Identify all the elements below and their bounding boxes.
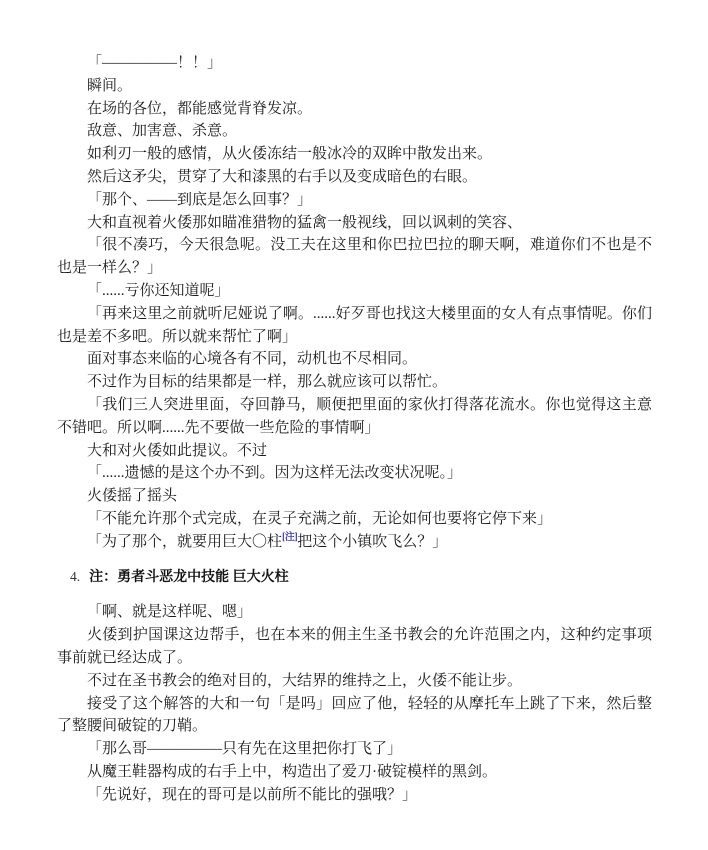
paragraph: 火倭摇了摇头	[57, 485, 652, 508]
footnote-ref-link[interactable]: [注]	[282, 532, 297, 543]
paragraph: 「再来这里之前就听尼娅说了啊。......好歹哥也找这大楼里面的女人有点事情呢。…	[57, 303, 652, 349]
paragraph: 「啊、就是这样呢、嗯」	[57, 601, 652, 624]
paragraph: 「我们三人突进里面，夺回静马，顺便把里面的家伙打得落花流水。你也觉得这主意不错吧…	[57, 394, 652, 440]
paragraph: 「不能允许那个式完成，在灵子充满之前，无论如何也要将它停下来」	[57, 508, 652, 531]
paragraph: 不过作为目标的结果都是一样，那么就应该可以帮忙。	[57, 371, 652, 394]
novel-page: 「—————！！」瞬间。在场的各位，都能感觉背脊发凉。敌意、加害意、杀意。如利刃…	[0, 0, 708, 850]
footnote-text: 注：勇者斗恶龙中技能 巨大火柱	[89, 570, 289, 585]
paragraph: 瞬间。	[57, 75, 652, 98]
paragraph: 不过在圣书教会的绝对目的，大结界的维持之上，火倭不能让步。	[57, 670, 652, 693]
paragraph: 「很不凑巧，今天很急呢。没工夫在这里和你巴拉巴拉的聊天啊，难道你们不也是不也是一…	[57, 234, 652, 280]
footnote-anchor-paragraph: 「为了那个，就要用巨大〇柱[注]把这个小镇吹飞么？」	[57, 531, 652, 554]
anchor-text-pre: 「为了那个，就要用巨大〇柱	[87, 534, 282, 550]
paragraph: 「那么哥—————只有先在这里把你打飞了」	[57, 738, 652, 761]
anchor-text-post: 把这个小镇吹飞么？」	[297, 534, 447, 550]
paragraph: 面对事态来临的心境各有不同，动机也不尽相同。	[57, 348, 652, 371]
paragraph-group-bottom: 「啊、就是这样呢、嗯」火倭到护国课这边帮手，也在本来的佣主生圣书教会的允许范围之…	[57, 601, 652, 806]
paragraph: 「—————！！」	[57, 52, 652, 75]
paragraph: 从魔王鞋器构成的右手上中，构造出了爱刀·破锭模样的黑剑。	[57, 761, 652, 784]
paragraph: 大和直视着火倭那如瞄准猎物的猛禽一般视线，回以讽刺的笑容、	[57, 212, 652, 235]
paragraph: 然后这矛尖，贯穿了大和漆黑的右手以及变成暗色的右眼。	[57, 166, 652, 189]
paragraph: 火倭到护国课这边帮手，也在本来的佣主生圣书教会的允许范围之内，这种约定事项事前就…	[57, 624, 652, 670]
paragraph: 「......遗憾的是这个办不到。因为这样无法改变状况呢。」	[57, 462, 652, 485]
paragraph: 「......亏你还知道呢」	[57, 280, 652, 303]
paragraph: 在场的各位，都能感觉背脊发凉。	[57, 98, 652, 121]
paragraph: 如利刃一般的感情，从火倭冻结一般冰冷的双眸中散发出来。	[57, 143, 652, 166]
footnote-number: 4.	[70, 569, 80, 584]
paragraph: 大和对火倭如此提议。不过	[57, 440, 652, 463]
paragraph: 「那个、——到底是怎么回事？」	[57, 189, 652, 212]
paragraph: 「先说好，现在的哥可是以前所不能比的强哦？」	[57, 784, 652, 807]
paragraph: 敌意、加害意、杀意。	[57, 120, 652, 143]
footnote-item: 4.注：勇者斗恶龙中技能 巨大火柱	[57, 566, 652, 590]
paragraph-group-top: 「—————！！」瞬间。在场的各位，都能感觉背脊发凉。敌意、加害意、杀意。如利刃…	[57, 52, 652, 531]
paragraph: 接受了这个解答的大和一句「是吗」回应了他，轻轻的从摩托车上跳了下来，然后整了整腰…	[57, 693, 652, 739]
